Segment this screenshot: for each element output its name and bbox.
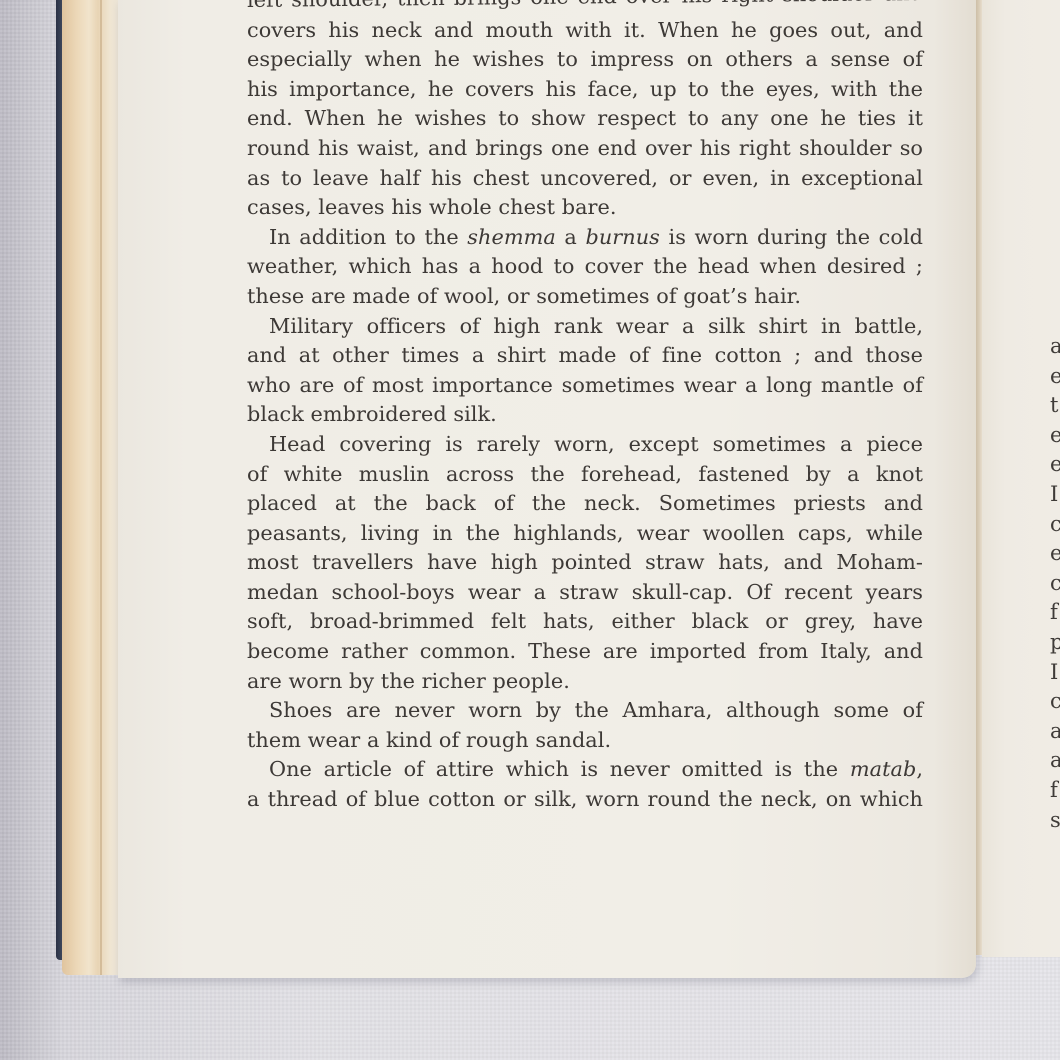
paragraph-p-shemma-wearing: left shoulder, then brings one end over … — [247, 0, 923, 223]
text-line: who are of most importance sometimes wea… — [247, 371, 923, 401]
text-line: of white muslin across the forehead, fas… — [247, 460, 923, 490]
facing-page-glyph: f — [1050, 598, 1058, 628]
text-line: Shoes are never worn by the Amhara, alth… — [247, 696, 923, 726]
text-line: end. When he wishes to show respect to a… — [247, 104, 923, 134]
text-line: cases, leaves his whole chest bare. — [247, 193, 923, 223]
facing-page-glyph: a — [1050, 332, 1060, 362]
text-line: round his waist, and brings one end over… — [247, 134, 923, 164]
facing-page: aeteeIcecfpIcaafs — [982, 0, 1060, 957]
facing-page-glyph: e — [1050, 362, 1060, 392]
facing-page-glyph: I — [1050, 480, 1058, 510]
text-line: One article of attire which is never omi… — [247, 755, 923, 785]
facing-page-glyph: I — [1050, 658, 1058, 688]
text-line: weather, which has a hood to cover the h… — [247, 252, 923, 282]
facing-page-glyph: c — [1050, 687, 1060, 717]
facing-page-glyph: a — [1050, 717, 1060, 747]
facing-page-glyph: c — [1050, 510, 1060, 540]
text-line: peasants, living in the highlands, wear … — [247, 519, 923, 549]
text-line: black embroidered silk. — [247, 400, 923, 430]
facing-page-glyph: c — [1050, 569, 1060, 599]
paragraph-p-military: Military officers of high rank wear a si… — [247, 312, 923, 430]
text-line: a thread of blue cotton or silk, worn ro… — [247, 785, 923, 815]
paragraph-p-head-covering: Head covering is rarely worn, except som… — [247, 430, 923, 696]
text-line: them wear a kind of rough sandal. — [247, 726, 923, 756]
text-line: are worn by the richer people. — [247, 667, 923, 697]
text-line: Military officers of high rank wear a si… — [247, 312, 923, 342]
facing-page-glyph: a — [1050, 746, 1060, 776]
page-stack-edge — [62, 0, 122, 975]
facing-page-glyph: s — [1050, 806, 1060, 836]
text-line: soft, broad-brimmed felt hats, either bl… — [247, 607, 923, 637]
page-text: left shoulder, then brings one end over … — [247, 0, 923, 815]
text-line: left shoulder, then brings one end over … — [247, 0, 923, 16]
text-line: In addition to the shemma a burnus is wo… — [247, 223, 923, 253]
text-line: these are made of wool, or sometimes of … — [247, 282, 923, 312]
paragraph-p-shoes: Shoes are never worn by the Amhara, alth… — [247, 696, 923, 755]
facing-page-glyph: e — [1050, 421, 1060, 451]
text-line: as to leave half his chest uncovered, or… — [247, 164, 923, 194]
facing-page-glyph: e — [1050, 450, 1060, 480]
text-line: placed at the back of the neck. Sometime… — [247, 489, 923, 519]
text-line: his importance, he covers his face, up t… — [247, 75, 923, 105]
italic-term: matab — [850, 757, 916, 781]
paragraph-p-matab: One article of attire which is never omi… — [247, 755, 923, 814]
facing-page-glyph: f — [1050, 776, 1058, 806]
text-line: especially when he wishes to impress on … — [247, 45, 923, 75]
facing-page-glyph: p — [1050, 628, 1060, 658]
facing-page-glyph: t — [1050, 391, 1058, 421]
text-line: covers his neck and mouth with it. When … — [247, 16, 923, 46]
text-line: most travellers have high pointed straw … — [247, 548, 923, 578]
paragraph-p-burnus: In addition to the shemma a burnus is wo… — [247, 223, 923, 312]
text-line: medan school-boys wear a straw skull-cap… — [247, 578, 923, 608]
facing-page-glyph: e — [1050, 539, 1060, 569]
italic-term: burnus — [585, 225, 659, 249]
text-line: and at other times a shirt made of fine … — [247, 341, 923, 371]
text-line: Head covering is rarely worn, except som… — [247, 430, 923, 460]
italic-term: shemma — [467, 225, 556, 249]
text-line: become rather common. These are imported… — [247, 637, 923, 667]
